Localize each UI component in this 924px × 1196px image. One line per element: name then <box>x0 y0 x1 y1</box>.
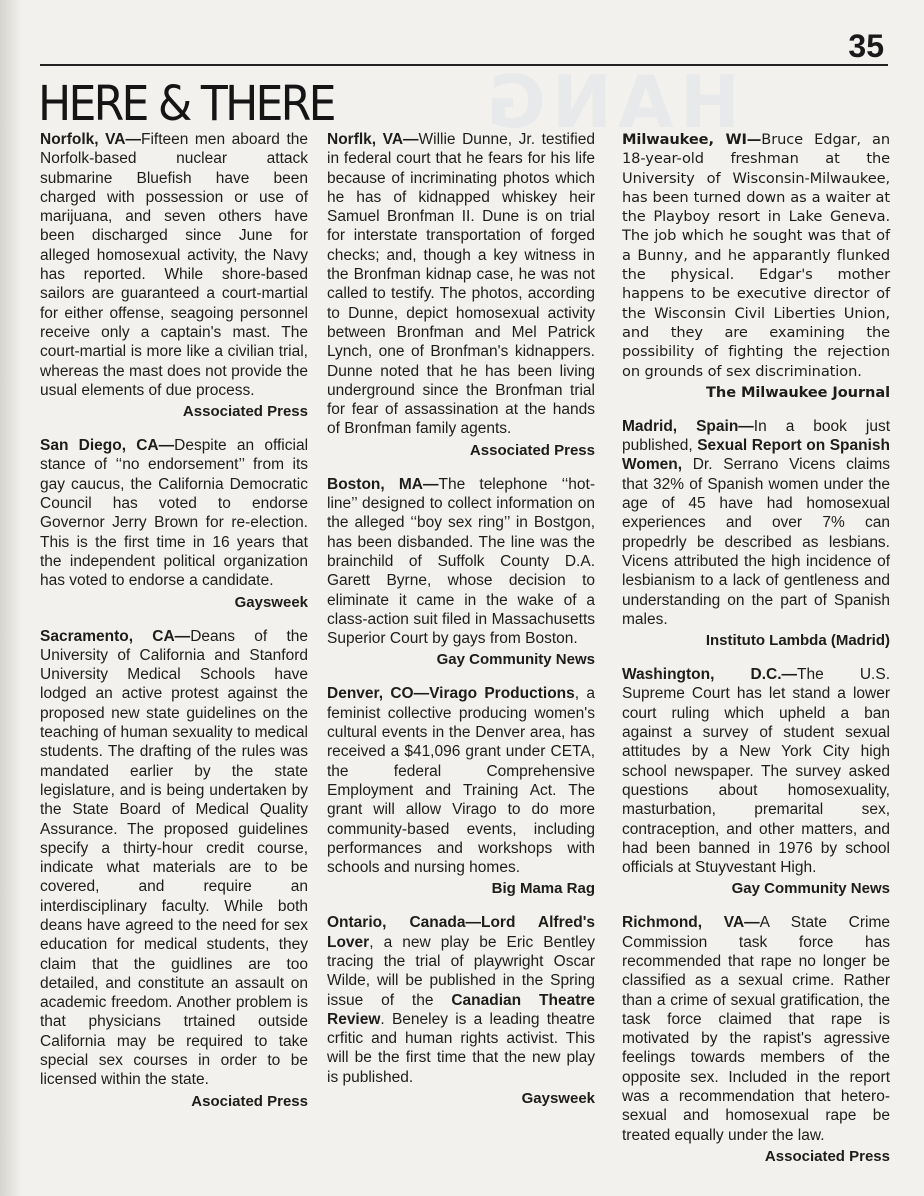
source-credit: Big Mama Rag <box>327 879 595 899</box>
column-2: Norflk, VA—Willie Dunne, Jr. testified i… <box>327 130 595 1123</box>
news-item-washington: Washington, D.C.—The U.S. Supreme Court … <box>622 665 890 899</box>
dateline: Madrid, Spain— <box>622 418 754 435</box>
story-body: Bruce Edgar, an 18-year-old freshman at … <box>622 131 890 380</box>
dateline: Washington, D.C.— <box>622 666 797 683</box>
header-rule <box>40 64 888 66</box>
column-3: Milwaukee, WI—Bruce Edgar, an 18-year-ol… <box>622 130 890 1181</box>
column-1: Norfolk, VA—Fifteen men aboard the Norfo… <box>40 130 308 1126</box>
source-credit: Gay Community News <box>622 879 890 899</box>
story-body: Despite an official stance of ‘‘no endor… <box>40 437 308 589</box>
source-credit: Gay Community News <box>327 650 595 670</box>
dateline: Richmond, VA— <box>622 914 760 931</box>
story-body: The U.S. Supreme Court has let stand a l… <box>622 666 890 876</box>
story-body: A State Crime Commission task force has … <box>622 914 890 1143</box>
section-title: HERE & THERE <box>38 76 334 132</box>
story-body: The telephone ‘‘hot-line’’ designed to c… <box>327 476 595 647</box>
source-credit: Associated Press <box>40 402 308 422</box>
news-item-richmond: Richmond, VA—A State Crime Commission ta… <box>622 913 890 1167</box>
source-credit: The Milwaukee Journal <box>622 383 890 403</box>
source-credit: Asociated Press <box>40 1092 308 1112</box>
source-credit: Gaysweek <box>327 1089 595 1109</box>
news-item-norfolk: Norfolk, VA—Fifteen men aboard the Norfo… <box>40 130 308 422</box>
page-gutter-shadow <box>0 0 22 1196</box>
dateline: Milwaukee, WI— <box>622 131 761 148</box>
dateline: Boston, MA— <box>327 476 438 493</box>
story-body: Fifteen men aboard the Norfolk-based nuc… <box>40 131 308 399</box>
dateline: Norflk, VA— <box>327 131 419 148</box>
dateline: Sacramento, CA— <box>40 628 190 645</box>
news-item-norflk: Norflk, VA—Willie Dunne, Jr. testified i… <box>327 130 595 461</box>
news-item-sacramento: Sacramento, CA—Deans of the University o… <box>40 627 308 1112</box>
news-item-boston: Boston, MA—The telephone ‘‘hot-line’’ de… <box>327 475 595 671</box>
source-credit: Gaysweek <box>40 593 308 613</box>
source-credit: Instituto Lambda (Madrid) <box>622 631 890 651</box>
story-body: Dr. Serrano Vicens claims that 32% of Sp… <box>622 456 890 627</box>
source-credit: Associated Press <box>327 441 595 461</box>
source-credit: Associated Press <box>622 1147 890 1167</box>
news-item-denver: Denver, CO—Virago Productions, a feminis… <box>327 684 595 899</box>
news-item-milwaukee: Milwaukee, WI—Bruce Edgar, an 18-year-ol… <box>622 130 890 403</box>
dateline: Ontario, Canada— <box>327 914 481 931</box>
dateline: Denver, CO— <box>327 685 429 702</box>
story-body: Willie Dunne, Jr. testified in federal c… <box>327 131 595 437</box>
news-item-madrid: Madrid, Spain—In a book just published, … <box>622 417 890 651</box>
page-number: 35 <box>848 28 884 64</box>
news-item-ontario: Ontario, Canada—Lord Alfred's Lover, a n… <box>327 913 595 1109</box>
dateline: San Diego, CA— <box>40 437 174 454</box>
story-body: Deans of the University of California an… <box>40 628 308 1089</box>
organization-name: Virago Productions <box>429 685 575 702</box>
story-body: , a feminist collective producing women'… <box>327 685 595 876</box>
news-item-san-diego: San Diego, CA—Despite an official stance… <box>40 436 308 612</box>
dateline: Norfolk, VA— <box>40 131 141 148</box>
